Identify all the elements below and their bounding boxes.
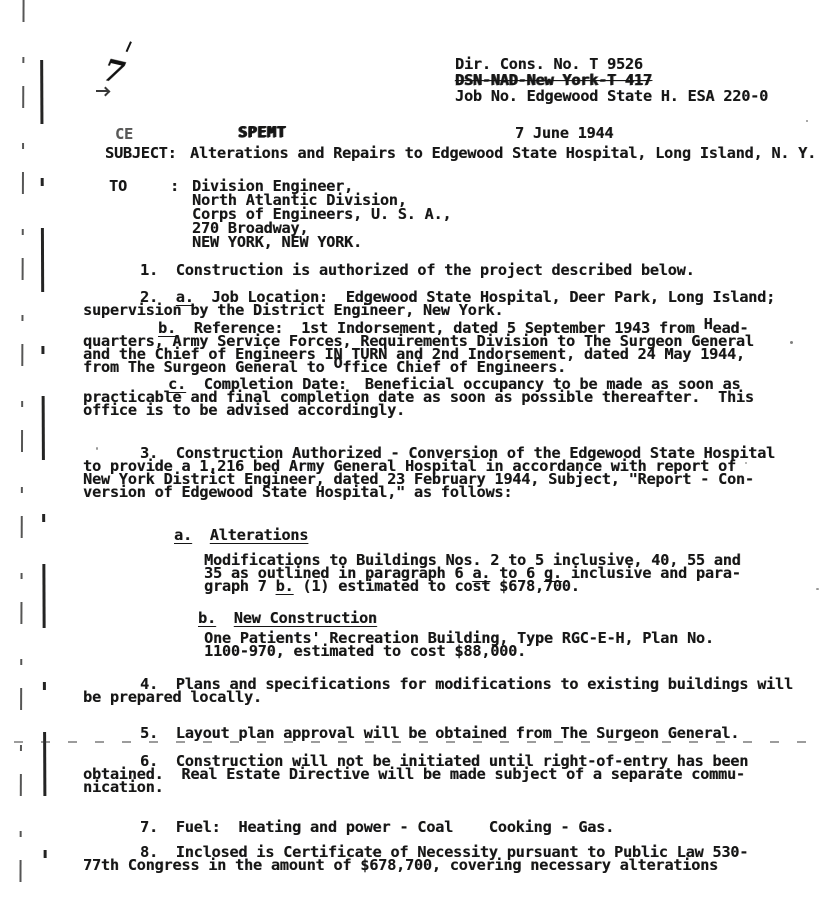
- line-text: CE: [115, 125, 133, 143]
- line-text: nication.: [83, 778, 164, 796]
- routing-symbol: SPEMT: [238, 125, 286, 141]
- para-6-cont: nication.: [83, 780, 164, 796]
- para-1: 1. Construction is authorized of the pro…: [140, 263, 695, 279]
- subject-text: Alterations and Repairs to Edgewood Stat…: [190, 146, 816, 162]
- para-5: 5. Layout plan approval will be obtained…: [140, 726, 739, 742]
- line-text: office is to be advised accordingly.: [83, 401, 405, 419]
- line-text: from The Surgeon General to: [83, 358, 333, 376]
- para-2b-cont: from The Surgeon General to Office Chief…: [83, 360, 566, 376]
- para-7: 7. Fuel: Heating and power - Coal Cookin…: [140, 820, 614, 836]
- line-text: :: [170, 177, 179, 195]
- line-text: Alterations: [210, 526, 308, 544]
- left-binding-line-2: [40, 60, 46, 900]
- ref-job-no: Job No. Edgewood State H. ESA 220-0: [455, 89, 768, 105]
- line-text: Job No. Edgewood State H. ESA 220-0: [455, 87, 768, 105]
- scan-speck: [806, 120, 808, 122]
- line-text: (1) estimated to cost $678,700.: [293, 577, 579, 595]
- scan-speck: [745, 462, 747, 464]
- line-text: TO: [109, 177, 127, 195]
- line-text: 1100-970, estimated to cost $88,000.: [204, 642, 526, 660]
- to-address-line: NEW YORK, NEW YORK.: [192, 235, 362, 251]
- pen-tick-mark: [120, 39, 132, 52]
- line-text: 77th Congress in the amount of $678,700,…: [83, 856, 718, 874]
- line-text: New Construction: [234, 609, 377, 627]
- pen-arrow-mark: [96, 90, 108, 92]
- line-text: 7 June 1944: [515, 124, 613, 142]
- to-label: TO: [109, 179, 127, 195]
- line-text: a.: [174, 526, 192, 544]
- scan-speck: [816, 588, 819, 590]
- line-text: graph 7: [204, 577, 276, 595]
- line-text: 1. Construction is authorized of the pro…: [140, 261, 695, 279]
- line-text: inclusive and para-: [562, 564, 741, 582]
- line-text: supervision by the District Engineer, Ne…: [83, 301, 503, 319]
- line-text: b.: [276, 577, 294, 595]
- para-3a-body: graph 7 b. (1) estimated to cost $678,70…: [204, 579, 580, 595]
- line-text: 5. Layout plan approval will be obtained…: [140, 724, 739, 742]
- line-text: [216, 609, 234, 627]
- para-8-cont: 77th Congress in the amount of $678,700,…: [83, 858, 718, 874]
- date-line: 7 June 1944: [515, 126, 613, 142]
- line-text: O: [333, 356, 342, 372]
- scan-speck: [96, 447, 98, 450]
- line-text: ffice Chief of Engineers.: [342, 358, 566, 376]
- para-6-cont: obtained. Real Estate Directive will be …: [83, 767, 745, 783]
- document-page: 7 Dir. Cons. No. T 9526DSN-NAD-New York-…: [0, 0, 840, 900]
- line-text: SPEMT: [238, 123, 286, 141]
- subject-label: SUBJECT:: [105, 146, 177, 162]
- to-colon: :: [170, 179, 179, 195]
- para-3a-heading: a. Alterations: [174, 528, 308, 544]
- line-text: Alterations and Repairs to Edgewood Stat…: [190, 144, 816, 162]
- para-3-cont: version of Edgewood State Hospital," as …: [83, 485, 512, 501]
- office-symbol: CE: [115, 127, 133, 143]
- scan-speck: [790, 341, 793, 344]
- left-binding-line: [19, 0, 24, 900]
- line-text: version of Edgewood State Hospital," as …: [83, 483, 512, 501]
- line-text: H: [704, 317, 713, 333]
- line-text: SUBJECT:: [105, 144, 177, 162]
- line-text: 7. Fuel: Heating and power - Coal Cookin…: [140, 818, 614, 836]
- para-2a-cont: supervision by the District Engineer, Ne…: [83, 303, 503, 319]
- line-text: b.: [198, 609, 216, 627]
- line-text: [192, 526, 210, 544]
- para-4-cont: be prepared locally.: [83, 690, 262, 706]
- line-text: NEW YORK, NEW YORK.: [192, 233, 362, 251]
- para-3b-heading: b. New Construction: [198, 611, 377, 627]
- para-2c-cont: office is to be advised accordingly.: [83, 403, 405, 419]
- line-text: obtained. Real Estate Directive will be …: [83, 765, 745, 783]
- line-text: be prepared locally.: [83, 688, 262, 706]
- para-3b-body: 1100-970, estimated to cost $88,000.: [204, 644, 526, 660]
- handwritten-mark: 7: [96, 54, 130, 91]
